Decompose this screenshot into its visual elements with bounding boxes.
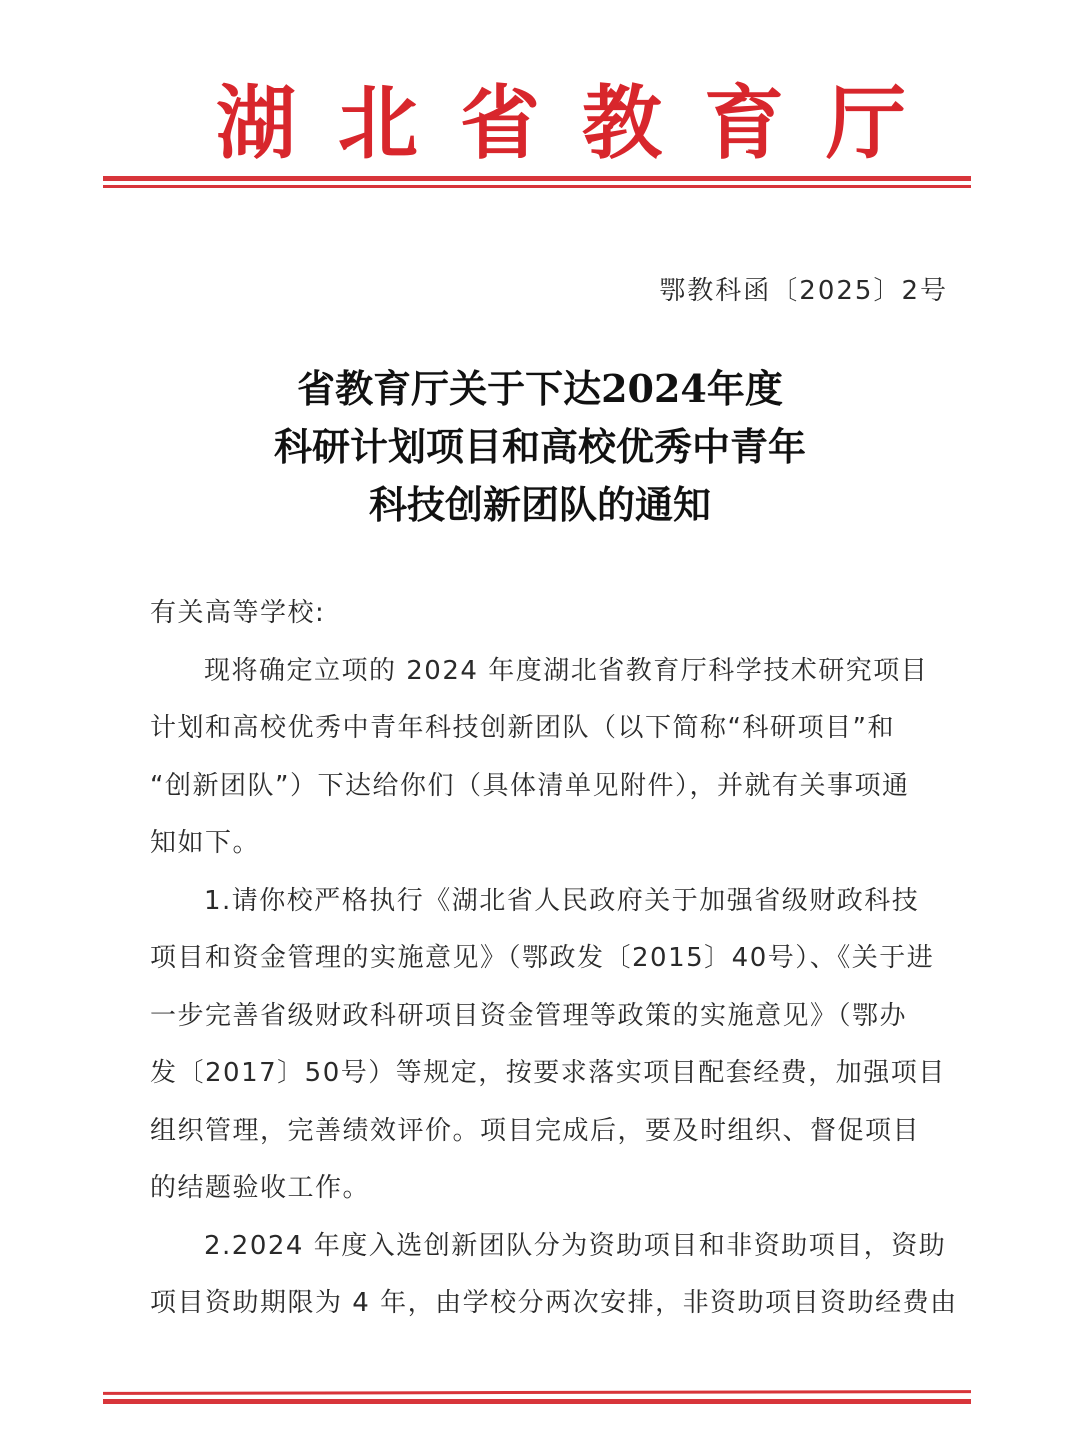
body-line: “创新团队”）下达给你们（具体清单见附件），并就有关事项通 bbox=[150, 758, 950, 816]
body-line: 的结题验收工作。 bbox=[150, 1160, 950, 1218]
body-line: 计划和高校优秀中青年科技创新团队（以下简称“科研项目”和 bbox=[150, 700, 950, 758]
body-line: 知如下。 bbox=[150, 815, 950, 873]
salutation: 有关高等学校: bbox=[150, 585, 950, 643]
body-line: 现将确定立项的 2024 年度湖北省教育厅科学技术研究项目 bbox=[150, 643, 950, 701]
issuer-masthead: 湖北省教育厅 bbox=[0, 78, 1080, 168]
body-line: 1.请你校严格执行《湖北省人民政府关于加强省级财政科技 bbox=[150, 873, 950, 931]
document-number: 鄂教科函〔2025〕2号 bbox=[659, 270, 948, 307]
title-line: 省教育厅关于下达2024年度 bbox=[0, 360, 1080, 418]
title-line: 科研计划项目和高校优秀中青年 bbox=[0, 418, 1080, 476]
body-line: 发〔2017〕50号）等规定，按要求落实项目配套经费，加强项目 bbox=[150, 1045, 950, 1103]
body-line: 项目资助期限为 4 年，由学校分两次安排，非资助项目资助经费由 bbox=[150, 1275, 950, 1333]
header-rule-thin bbox=[103, 185, 971, 188]
footer-rule-thin bbox=[103, 1390, 971, 1395]
header-rule-thick bbox=[103, 176, 971, 181]
body-line: 项目和资金管理的实施意见》（鄂政发〔2015〕40号）、《关于进 bbox=[150, 930, 950, 988]
footer-rule-thick bbox=[103, 1399, 971, 1404]
body-line: 组织管理，完善绩效评价。项目完成后，要及时组织、督促项目 bbox=[150, 1103, 950, 1161]
document-body: 有关高等学校: 现将确定立项的 2024 年度湖北省教育厅科学技术研究项目 计划… bbox=[150, 585, 950, 1333]
document-title: 省教育厅关于下达2024年度 科研计划项目和高校优秀中青年 科技创新团队的通知 bbox=[0, 360, 1080, 534]
body-line: 一步完善省级财政科研项目资金管理等政策的实施意见》（鄂办 bbox=[150, 988, 950, 1046]
body-line: 2.2024 年度入选创新团队分为资助项目和非资助项目，资助 bbox=[150, 1218, 950, 1276]
title-line: 科技创新团队的通知 bbox=[0, 476, 1080, 534]
